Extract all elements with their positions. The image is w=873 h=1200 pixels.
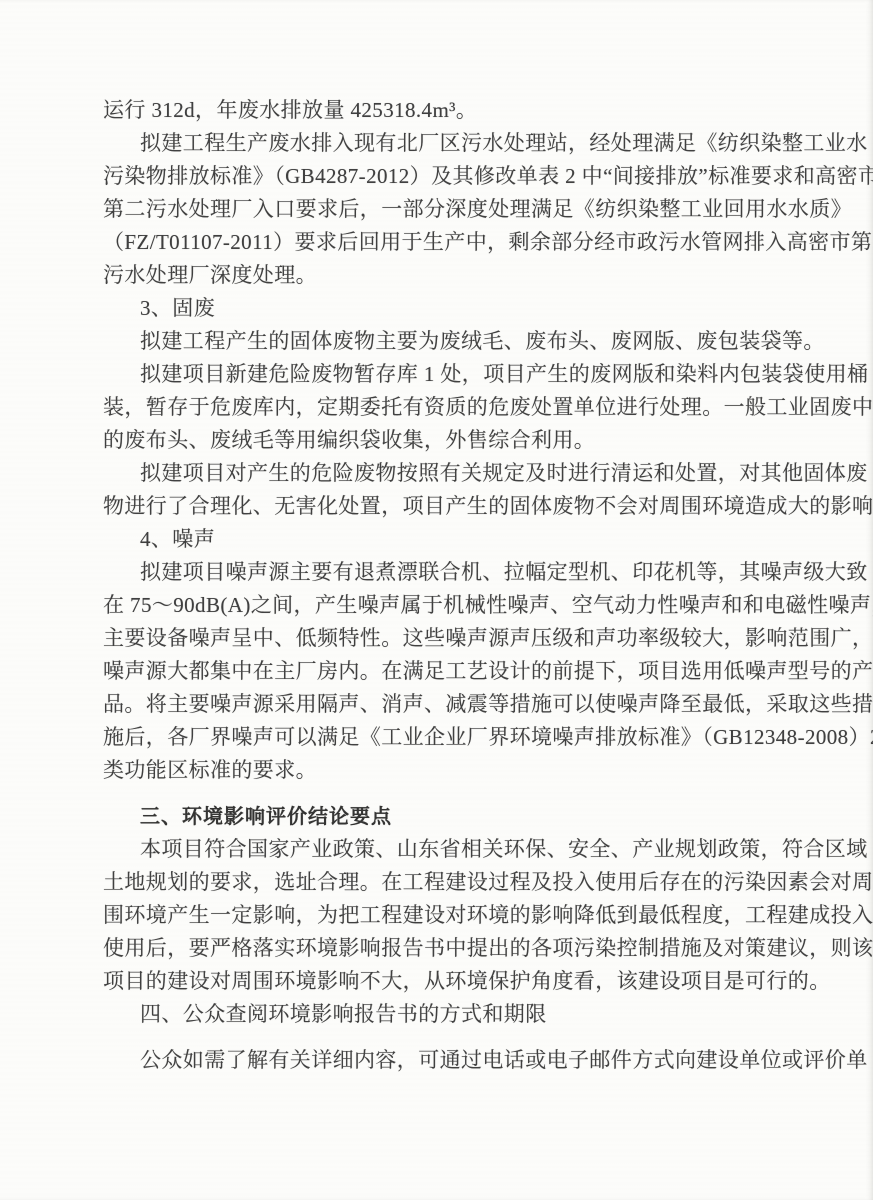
- text-line: 污染物排放标准》（GB4287-2012）及其修改单表 2 中“间接排放”标准要…: [103, 160, 795, 193]
- text-line: 拟建项目对产生的危险废物按照有关规定及时进行清运和处置，对其他固体废: [103, 457, 795, 490]
- text-line: 拟建工程生产废水排入现有北厂区污水处理站，经处理满足《纺织染整工业水: [103, 127, 795, 160]
- text-line: 4、噪声: [103, 523, 795, 556]
- text-line: 类功能区标准的要求。: [103, 754, 795, 787]
- document-page: 运行 312d，年废水排放量 425318.4m³。拟建工程生产废水排入现有北厂…: [0, 0, 873, 1200]
- text-line: 施后，各厂界噪声可以满足《工业企业厂界环境噪声排放标准》（GB12348-200…: [103, 721, 795, 754]
- text-line: 运行 312d，年废水排放量 425318.4m³。: [103, 94, 795, 127]
- text-line: 四、公众查阅环境影响报告书的方式和期限: [103, 998, 795, 1031]
- text-line: 拟建工程产生的固体废物主要为废绒毛、废布头、废网版、废包装袋等。: [103, 325, 795, 358]
- section-heading: 三、环境影响评价结论要点: [103, 800, 795, 833]
- text-line: 本项目符合国家产业政策、山东省相关环保、安全、产业规划政策，符合区域: [103, 833, 795, 866]
- text-line: 第二污水处理厂入口要求后，一部分深度处理满足《纺织染整工业回用水水质》: [103, 193, 795, 226]
- text-line: 主要设备噪声呈中、低频特性。这些噪声源声压级和声功率级较大，影响范围广，: [103, 622, 795, 655]
- text-line: 拟建项目新建危险废物暂存库 1 处，项目产生的废网版和染料内包装袋使用桶: [103, 358, 795, 391]
- text-line: （FZ/T01107-2011）要求后回用于生产中，剩余部分经市政污水管网排入高…: [103, 226, 795, 259]
- text-line: 装，暂存于危废库内，定期委托有资质的危废处置单位进行处理。一般工业固废中: [103, 391, 795, 424]
- text-line: 围环境产生一定影响，为把工程建设对环境的影响降低到最低程度，工程建成投入: [103, 899, 795, 932]
- text-line: 的废布头、废绒毛等用编织袋收集，外售综合利用。: [103, 424, 795, 457]
- text-line: 在 75～90dB(A)之间，产生噪声属于机械性噪声、空气动力性噪声和和电磁性噪…: [103, 589, 795, 622]
- text-line: 使用后，要严格落实环境影响报告书中提出的各项污染控制措施及对策建议，则该: [103, 932, 795, 965]
- text-line: 拟建项目噪声源主要有退煮漂联合机、拉幅定型机、印花机等，其噪声级大致: [103, 556, 795, 589]
- text-line: 污水处理厂深度处理。: [103, 259, 795, 292]
- text-line: 3、固废: [103, 292, 795, 325]
- text-line: 土地规划的要求，选址合理。在工程建设过程及投入使用后存在的污染因素会对周: [103, 866, 795, 899]
- document-text-block: 运行 312d，年废水排放量 425318.4m³。拟建工程生产废水排入现有北厂…: [103, 94, 795, 1077]
- text-line: 项目的建设对周围环境影响不大，从环境保护角度看，该建设项目是可行的。: [103, 965, 795, 998]
- text-line: 品。将主要噪声源采用隔声、消声、减震等措施可以使噪声降至最低，采取这些措: [103, 688, 795, 721]
- text-line: 物进行了合理化、无害化处置，项目产生的固体废物不会对周围环境造成大的影响。: [103, 490, 795, 523]
- text-line: 公众如需了解有关详细内容，可通过电话或电子邮件方式向建设单位或评价单: [103, 1044, 795, 1077]
- text-line: 噪声源大都集中在主厂房内。在满足工艺设计的前提下，项目选用低噪声型号的产: [103, 655, 795, 688]
